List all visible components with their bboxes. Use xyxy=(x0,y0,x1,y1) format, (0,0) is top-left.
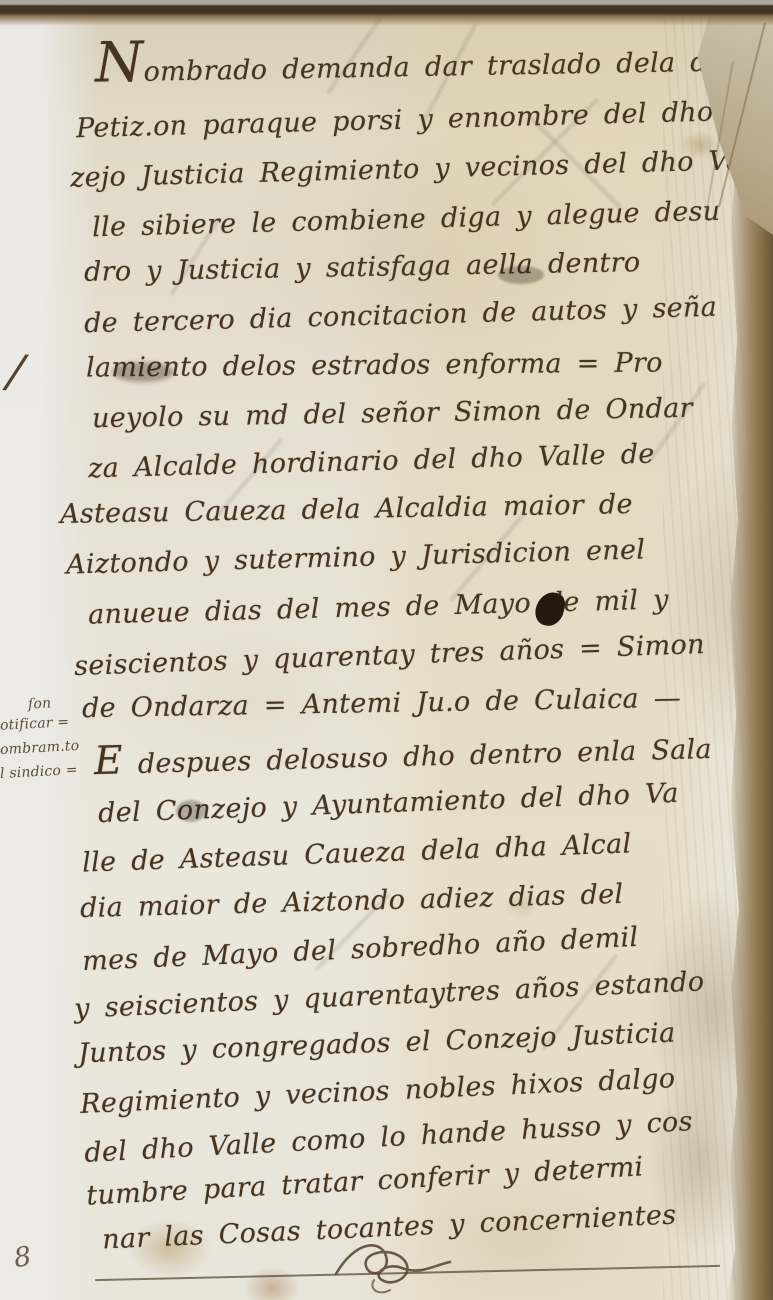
text-line: lamiento delos estrados enforma = Pro xyxy=(86,347,663,383)
margin-note-line: ſon xyxy=(28,695,52,712)
manuscript-scan: Nombrado demanda dar traslado dela dha P… xyxy=(0,0,773,1300)
